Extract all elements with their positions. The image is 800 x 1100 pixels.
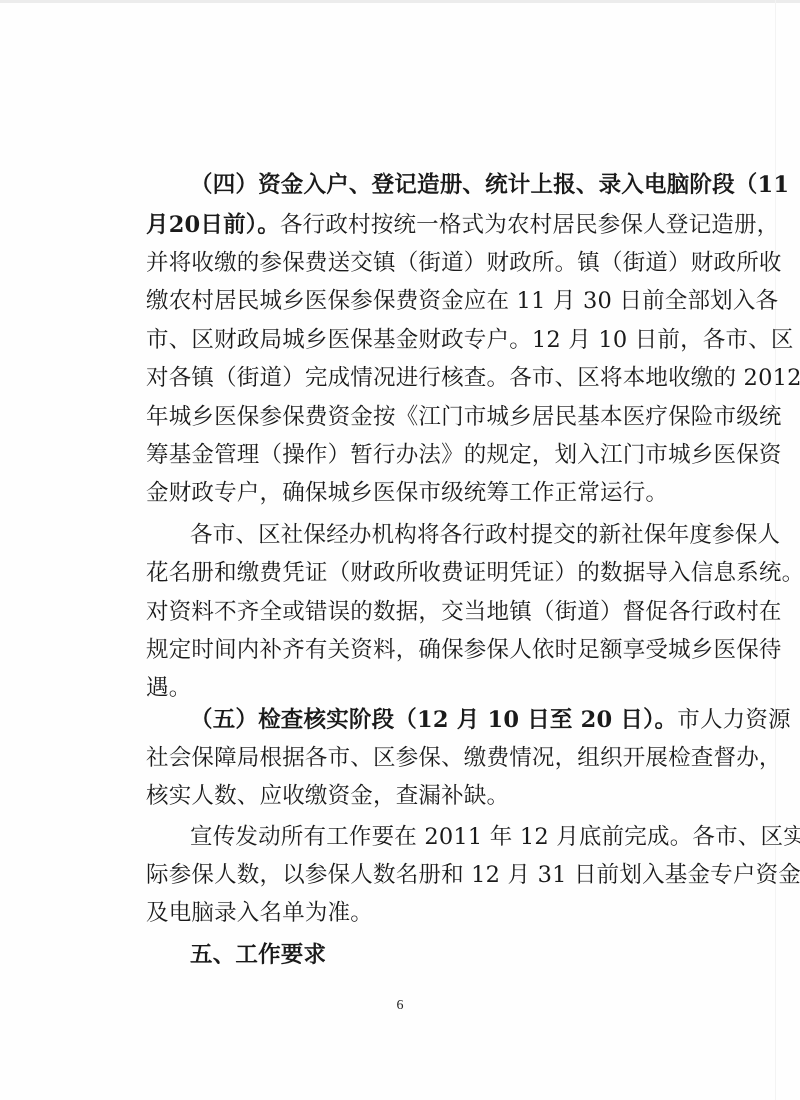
section-5-heading: （五）检查核实阶段（12 月 10 日至 20 日）。 xyxy=(190,707,677,733)
work-requirements-heading-line: 五、工作要求 xyxy=(190,940,746,970)
section-4-line-9: 金财政专户，确保城乡医保市级统筹工作正常运行。 xyxy=(146,478,746,508)
section-5-line-3: 核实人数、应收缴资金，查漏补缺。 xyxy=(146,781,746,811)
section-4-line-6: 对各镇（街道）完成情况进行核查。各市、区将本地收缴的 2012 xyxy=(146,363,746,393)
section-4-line-4: 缴农村居民城乡医保参保费资金应在 11 月 30 日前全部划入各 xyxy=(146,286,746,316)
section-4-line-7: 年城乡医保参保费资金按《江门市城乡居民基本医疗保险市级统 xyxy=(146,402,746,432)
section-4-line-8: 筹基金管理（操作）暂行办法》的规定，划入江门市城乡医保资 xyxy=(146,440,746,470)
section-4-line-2: 月20日前）。各行政村按统一格式为农村居民参保人登记造册， xyxy=(146,210,746,240)
work-requirements-heading: 五、工作要求 xyxy=(190,942,326,968)
publicity-line-1: 宣传发动所有工作要在 2011 年 12 月底前完成。各市、区实 xyxy=(190,822,746,852)
scan-top-edge xyxy=(0,0,800,3)
section-4-line-1: （四）资金入户、登记造册、统计上报、录入电脑阶段（11 xyxy=(190,170,746,200)
document-page: （四）资金入户、登记造册、统计上报、录入电脑阶段（11 月20日前）。各行政村按… xyxy=(0,0,800,1100)
social-security-line-3: 对资料不齐全或错误的数据，交当地镇（街道）督促各行政村在 xyxy=(146,597,746,627)
social-security-line-4: 规定时间内补齐有关资料，确保参保人依时足额享受城乡医保待 xyxy=(146,635,746,665)
social-security-line-5: 遇。 xyxy=(146,673,746,703)
section-4-line-5: 市、区财政局城乡医保基金财政专户。12 月 10 日前，各市、区 xyxy=(146,325,746,355)
publicity-line-3: 及电脑录入名单为准。 xyxy=(146,898,746,928)
section-5-line-1: （五）检查核实阶段（12 月 10 日至 20 日）。市人力资源 xyxy=(190,705,746,735)
scan-right-edge xyxy=(775,0,776,1100)
page-number: 6 xyxy=(0,998,800,1014)
publicity-line-2: 际参保人数，以参保人数名册和 12 月 31 日前划入基金专户资金 xyxy=(146,860,746,890)
social-security-line-1: 各市、区社保经办机构将各行政村提交的新社保年度参保人 xyxy=(190,520,746,550)
section-4-line-3: 并将收缴的参保费送交镇（街道）财政所。镇（街道）财政所收 xyxy=(146,248,746,278)
section-4-heading: （四）资金入户、登记造册、统计上报、录入电脑阶段（11 xyxy=(190,172,789,198)
social-security-line-2: 花名册和缴费凭证（财政所收费证明凭证）的数据导入信息系统。 xyxy=(146,558,746,588)
section-5-line-2: 社会保障局根据各市、区参保、缴费情况，组织开展检查督办， xyxy=(146,743,746,773)
